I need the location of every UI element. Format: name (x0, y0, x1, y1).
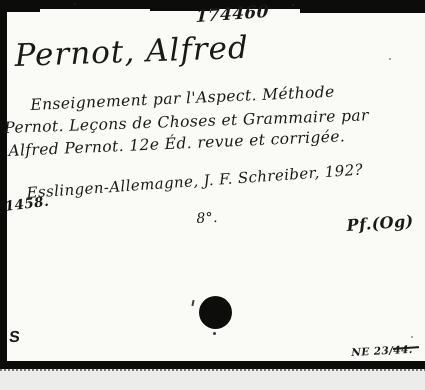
author-name: Pernot, Alfred (14, 30, 249, 74)
collection-mark: Pf.(Og) (346, 211, 414, 235)
scan-speck (292, 4, 294, 6)
catalog-card-scan: 174460 Pernot, Alfred Enseignement par l… (0, 0, 425, 390)
scan-speck (389, 58, 391, 60)
card-bottom-edge (0, 361, 425, 369)
scan-noise-row (0, 369, 425, 371)
punch-hole-fleck (213, 332, 216, 335)
punch-hole (199, 296, 232, 329)
punch-hole-fleck (191, 300, 194, 306)
format-note: 8°. (196, 210, 218, 227)
scan-edge-left (0, 0, 7, 368)
shelf-number: 1458. (4, 194, 50, 215)
scan-speck (175, 122, 177, 125)
imprint-line: Esslingen-Allemagne, J. F. Schreiber, 19… (26, 160, 364, 201)
scan-edge-top-jag (300, 9, 425, 13)
accession-number: 174460 (195, 2, 269, 27)
scan-speck (411, 336, 413, 338)
section-letter: S (8, 329, 21, 347)
scan-background-below-card (0, 369, 425, 390)
scan-speck (74, 3, 76, 5)
corner-note: NE 23/44. (351, 344, 413, 359)
